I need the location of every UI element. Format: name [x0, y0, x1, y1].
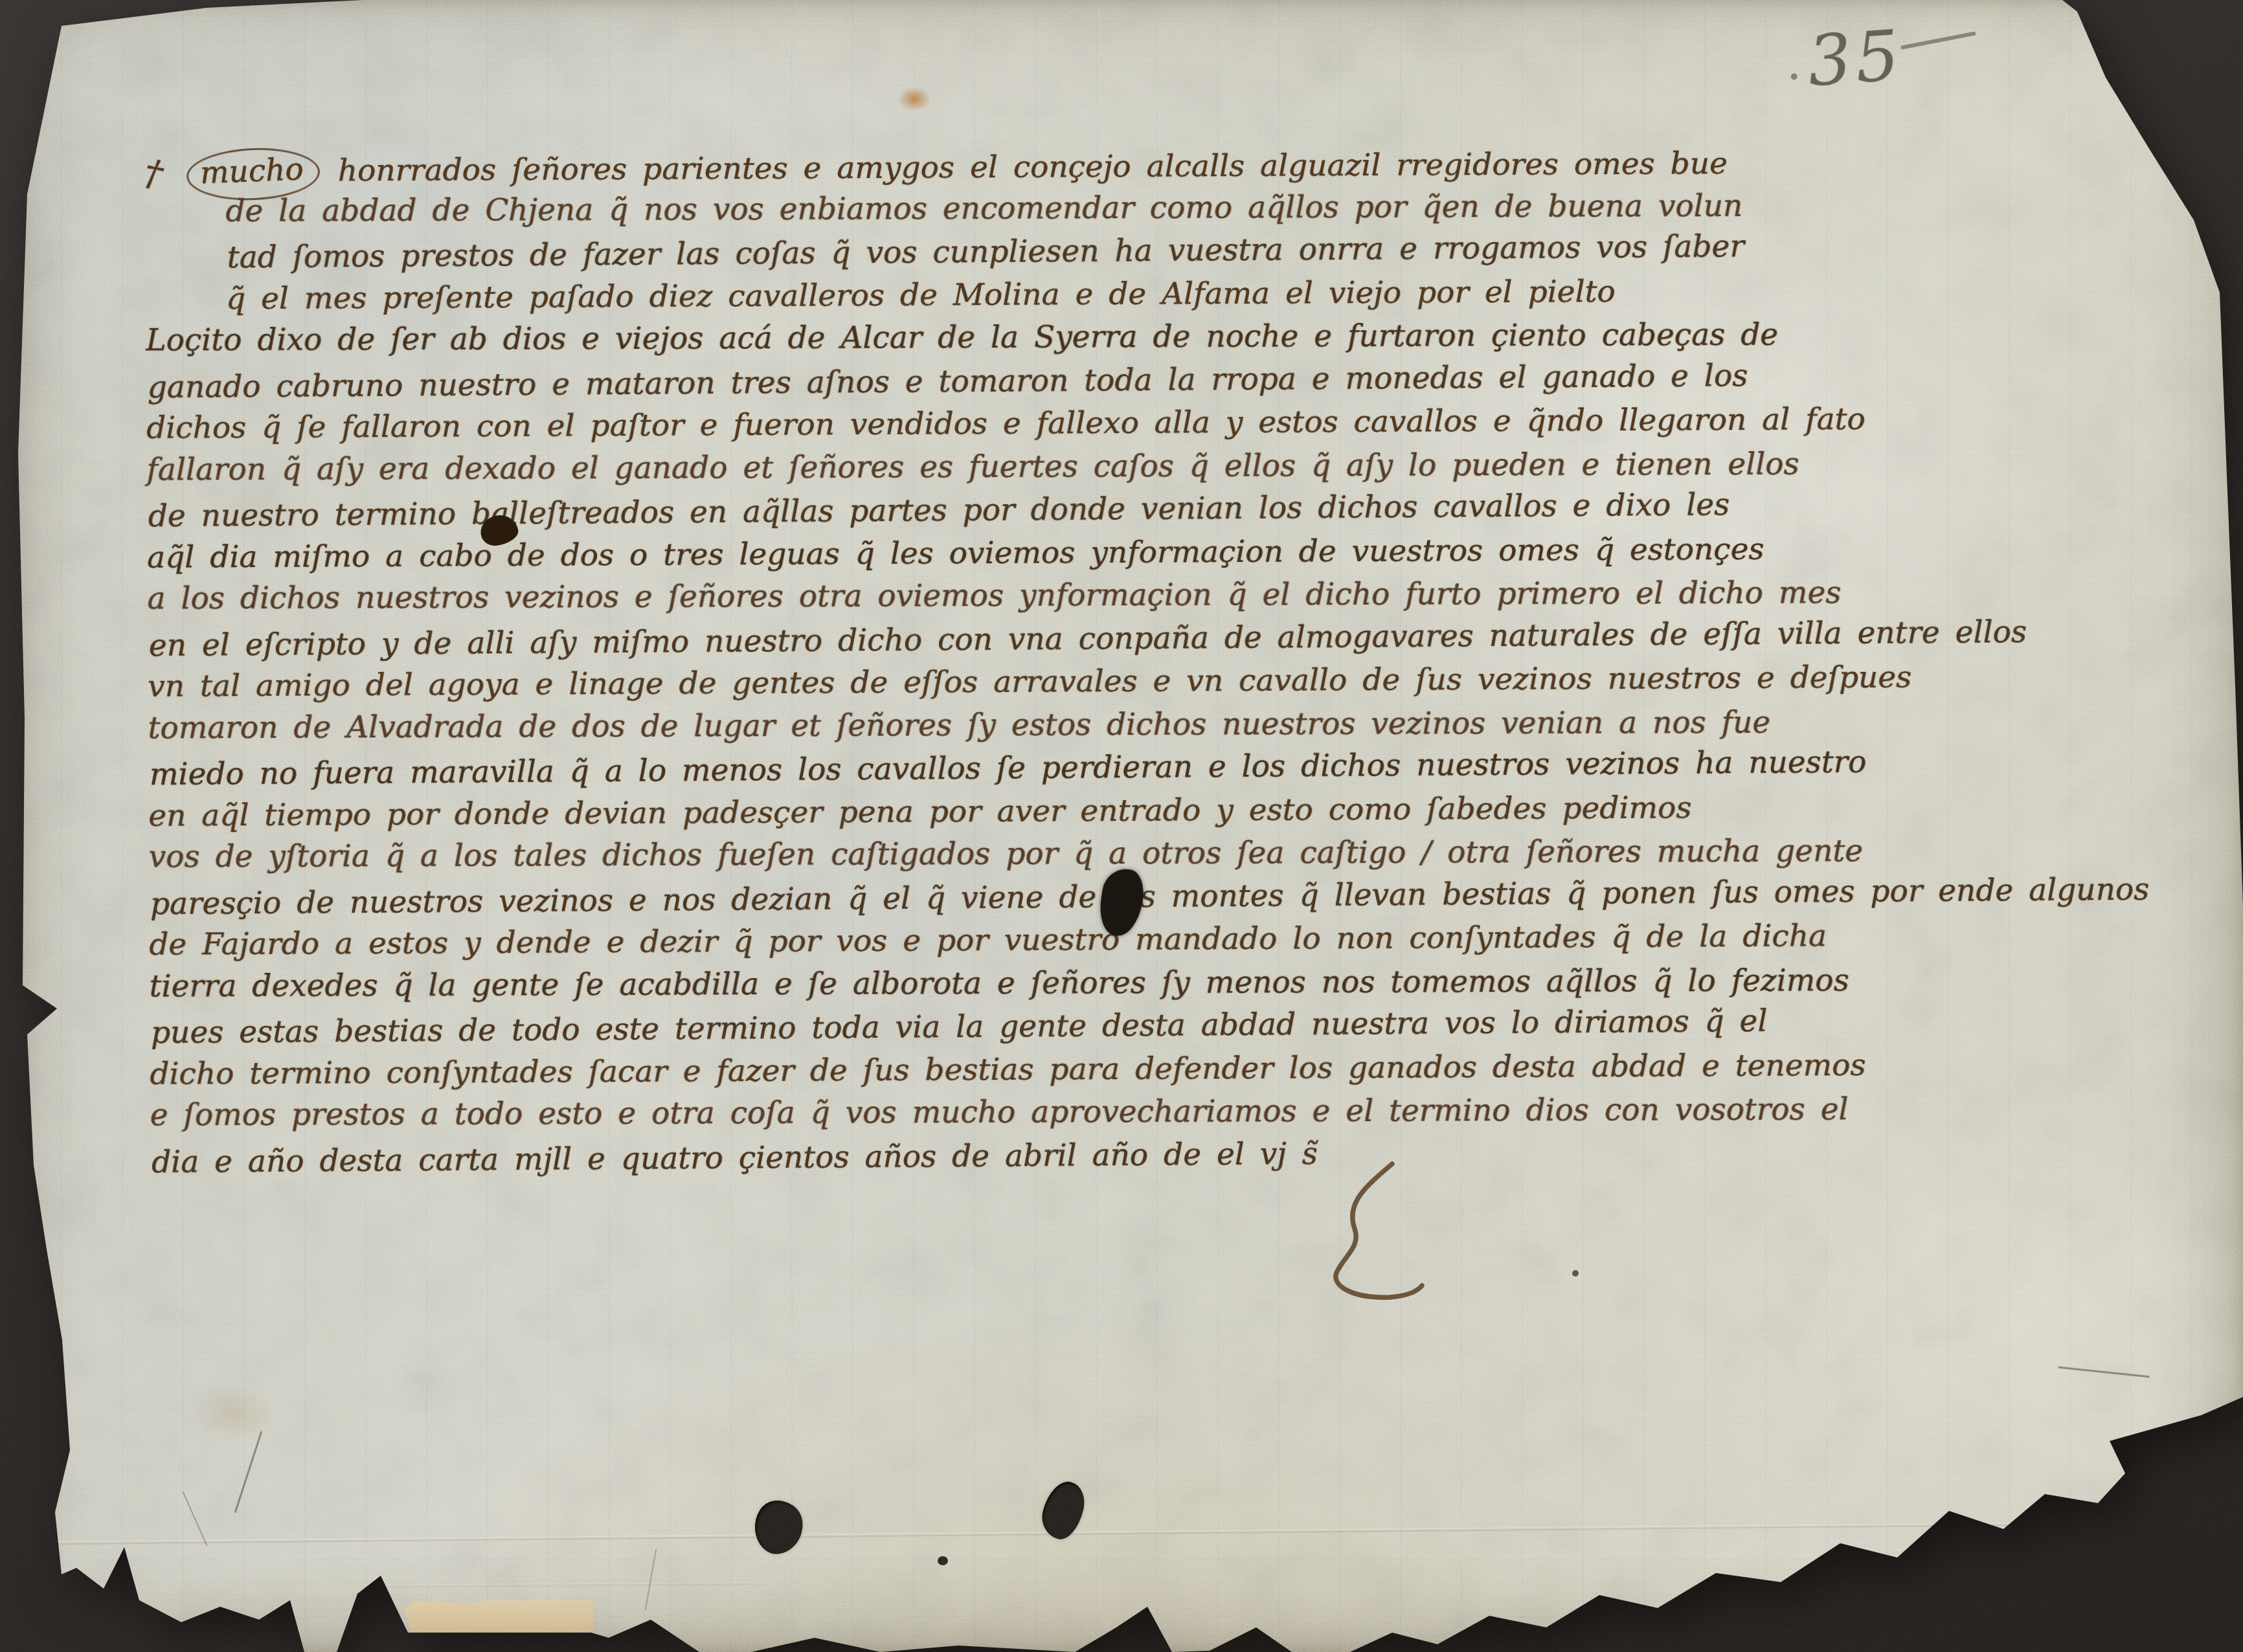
repair-tape [404, 1599, 594, 1636]
rust-stain [897, 87, 931, 111]
fold-crease-secondary [363, 1582, 764, 1587]
worm-hole [1037, 1477, 1089, 1543]
manuscript-line: †muchohonrrados ſeñores parientes e amyg… [145, 139, 2094, 192]
manuscript-page: 35 †muchohonrrados ſeñores parientes e a… [0, 0, 2243, 1652]
paper-crack [2058, 1367, 2150, 1378]
photograph-backdrop: 35 †muchohonrrados ſeñores parientes e a… [0, 0, 2243, 1652]
manuscript-text: †muchohonrrados ſeñores parientes e amyg… [145, 139, 2099, 1182]
paper-crack [645, 1549, 657, 1611]
dirt-speck [1572, 1270, 1579, 1277]
dirt-speck [938, 1556, 948, 1565]
rust-stain [2196, 5, 2234, 36]
folio-number-tail-stroke [1900, 31, 1976, 49]
paper-crack [182, 1491, 207, 1546]
folio-number: 35 [1778, 16, 1906, 104]
pencil-dot [1790, 73, 1798, 80]
paper-crack [234, 1431, 263, 1513]
line-text: honrrados ſeñores parientes e amygos el … [338, 146, 1728, 188]
worm-hole [752, 1498, 806, 1556]
foxing-stain [194, 1385, 278, 1444]
scribal-flourish-paraph [1321, 1159, 1450, 1314]
paper-sheet: 35 †muchohonrrados ſeñores parientes e a… [0, 0, 2243, 1652]
folio-number-value: 35 [1805, 16, 1906, 102]
opening-cross-mark: † [140, 151, 166, 197]
